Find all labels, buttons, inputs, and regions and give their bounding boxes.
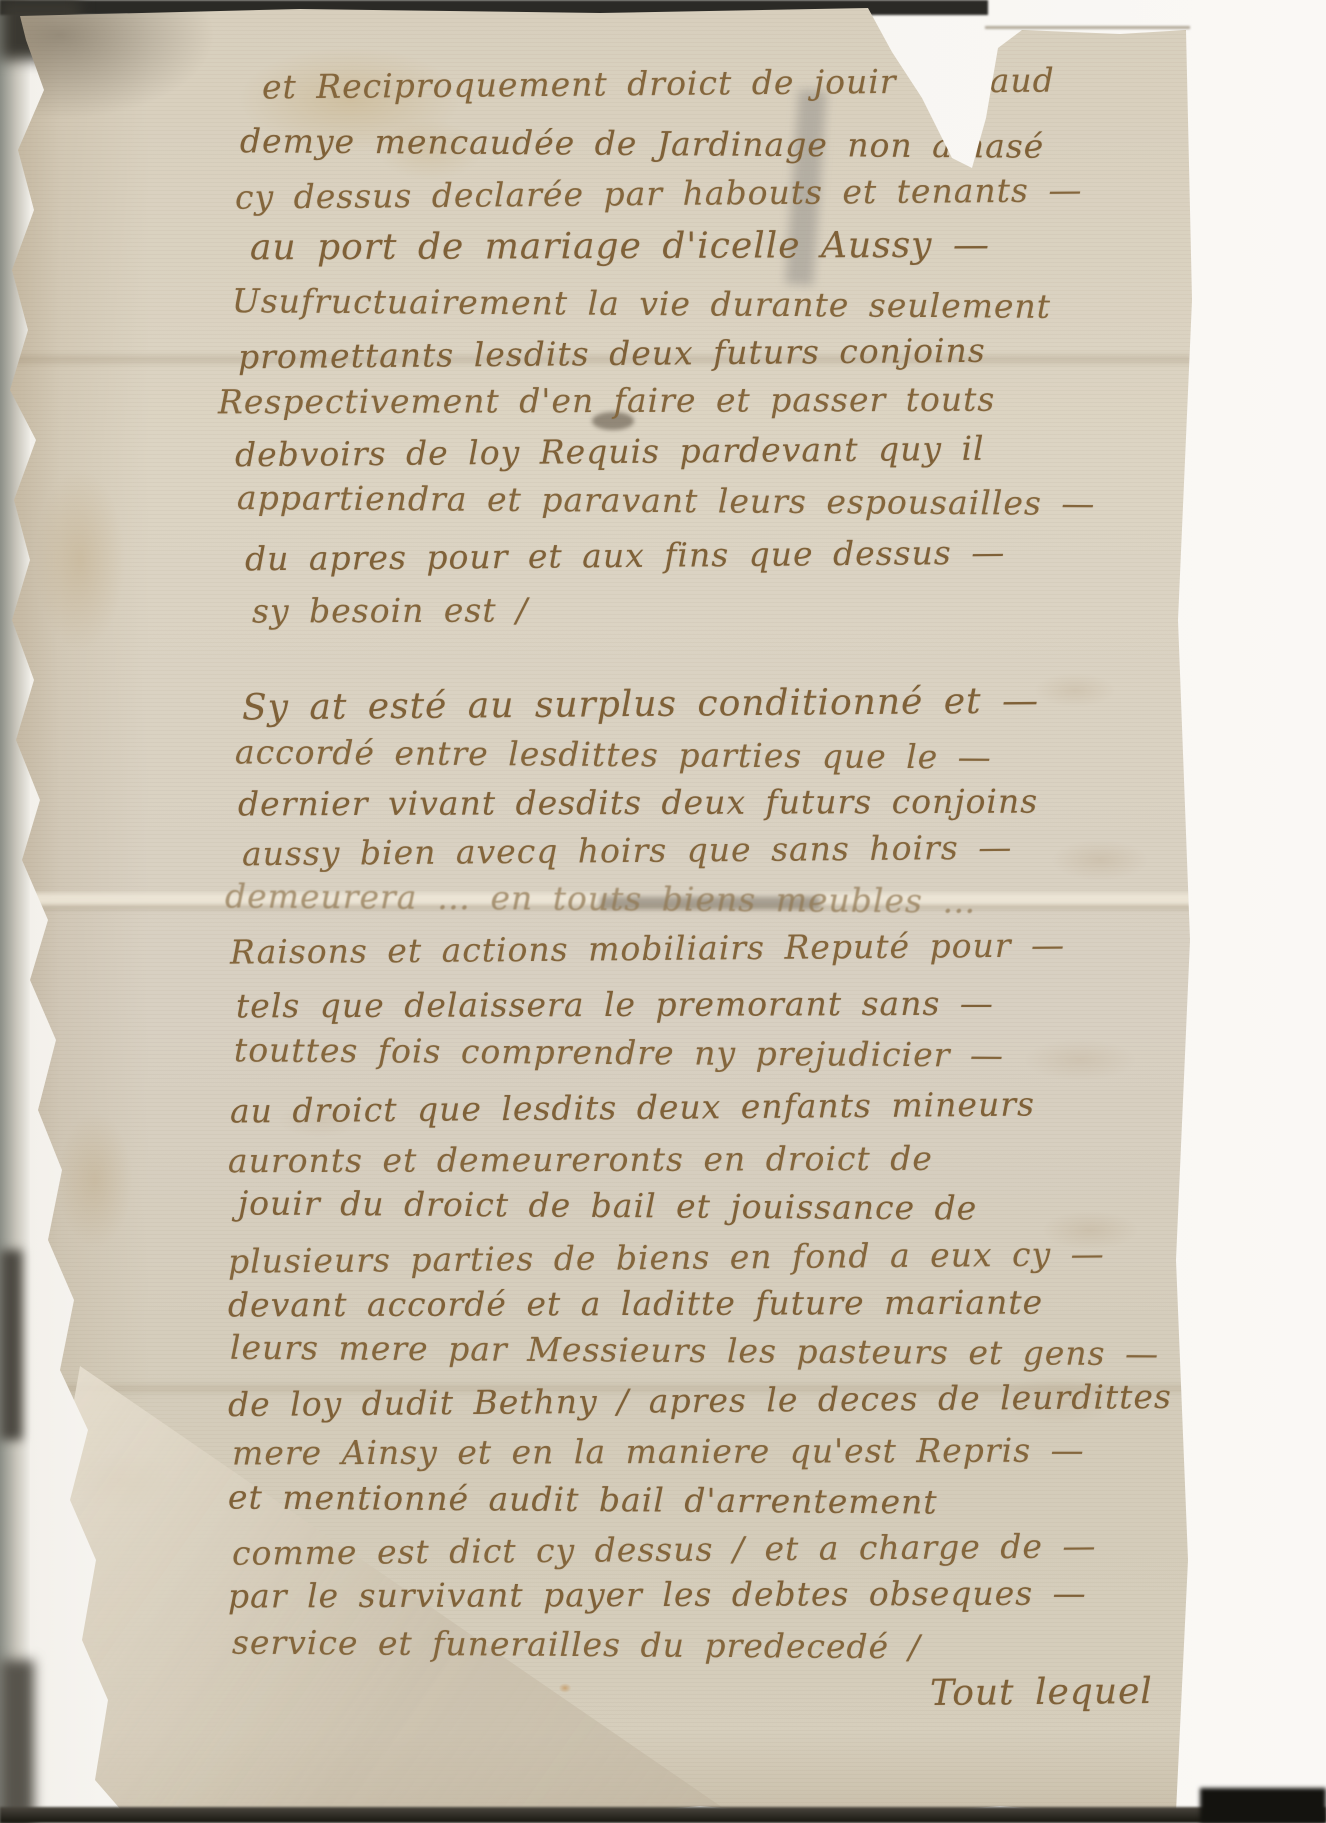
manuscript-line-faded: demeurera … en touts biens meubles … <box>225 876 977 920</box>
manuscript-line: promettants lesdits deux futurs conjoins <box>238 331 986 377</box>
manuscript-line: Usufructuairement la vie durante seuleme… <box>232 281 1051 326</box>
manuscript-line: cy dessus declarée par habouts et tenant… <box>235 170 1083 216</box>
manuscript-line: dernier vivant desdits deux futurs conjo… <box>238 782 1038 824</box>
manuscript-line: jouir du droict de bail et jouissance de <box>238 1183 978 1227</box>
manuscript-line: du apres pour et aux fins que dessus — <box>245 533 1006 579</box>
manuscript-closing-catchword: Tout lequel <box>930 1671 1153 1714</box>
manuscript-line: debvoirs de loy Requis pardevant quy il <box>235 429 985 475</box>
manuscript-line: et mentionné audit bail d'arrentement <box>228 1478 938 1522</box>
manuscript-line: leurs mere par Messieurs les pasteurs et… <box>230 1328 1159 1373</box>
paper-top-edge-shadow <box>985 26 1190 29</box>
manuscript-line: sy besoin est / <box>252 591 528 631</box>
manuscript-line: touttes fois comprendre ny prejudicier — <box>234 1030 1004 1074</box>
manuscript-line: service et funerailles du predecedé / <box>232 1623 921 1667</box>
manuscript-line: au port de mariage d'icelle Aussy — <box>250 225 990 269</box>
document-scan: et Reciproquement droict de jouir de lau… <box>0 0 1326 1823</box>
manuscript-line: au droict que lesdits deux enfants mineu… <box>230 1084 1035 1130</box>
manuscript-line: devant accordé et a laditte future maria… <box>228 1283 1043 1325</box>
scanner-edge-left-patch <box>0 1250 22 1440</box>
manuscript-line: Sy at esté au surplus conditionné et — <box>242 681 1039 729</box>
scanner-edge-bottom-band <box>0 1807 1326 1823</box>
manuscript-line: tels que delaissera le premorant sans — <box>236 984 994 1026</box>
manuscript-line: comme est dict cy dessus / et a charge d… <box>232 1526 1097 1573</box>
manuscript-paper-sheet: et Reciproquement droict de jouir de lau… <box>0 0 1326 1823</box>
manuscript-line: accordé entre lesdittes parties que le — <box>235 732 992 776</box>
manuscript-line: Raisons et actions mobiliairs Reputé pou… <box>230 925 1065 971</box>
manuscript-line: et Reciproquement droict de jouir de lau… <box>262 61 1055 107</box>
manuscript-line: appartiendra et paravant leurs espousail… <box>237 478 1096 523</box>
manuscript-line: Respectivement d'en faire et passer tout… <box>218 380 995 422</box>
scanner-edge-bottom-right-corner <box>1200 1788 1326 1823</box>
manuscript-line: mere Ainsy et en la maniere qu'est Repri… <box>232 1431 1085 1473</box>
manuscript-line: par le survivant payer les debtes obsequ… <box>228 1574 1087 1616</box>
manuscript-line: auronts et demeureronts en droict de <box>228 1139 933 1180</box>
manuscript-line: plusieurs parties de biens en fond a eux… <box>228 1234 1105 1281</box>
manuscript-line: demye mencaudée de Jardinage non amasé <box>240 121 1045 166</box>
manuscript-line: aussy bien avecq hoirs que sans hoirs — <box>242 828 1013 874</box>
manuscript-line: de loy dudit Bethny / apres le deces de … <box>228 1377 1172 1424</box>
scanner-edge-left-patch-lower <box>0 1660 34 1823</box>
